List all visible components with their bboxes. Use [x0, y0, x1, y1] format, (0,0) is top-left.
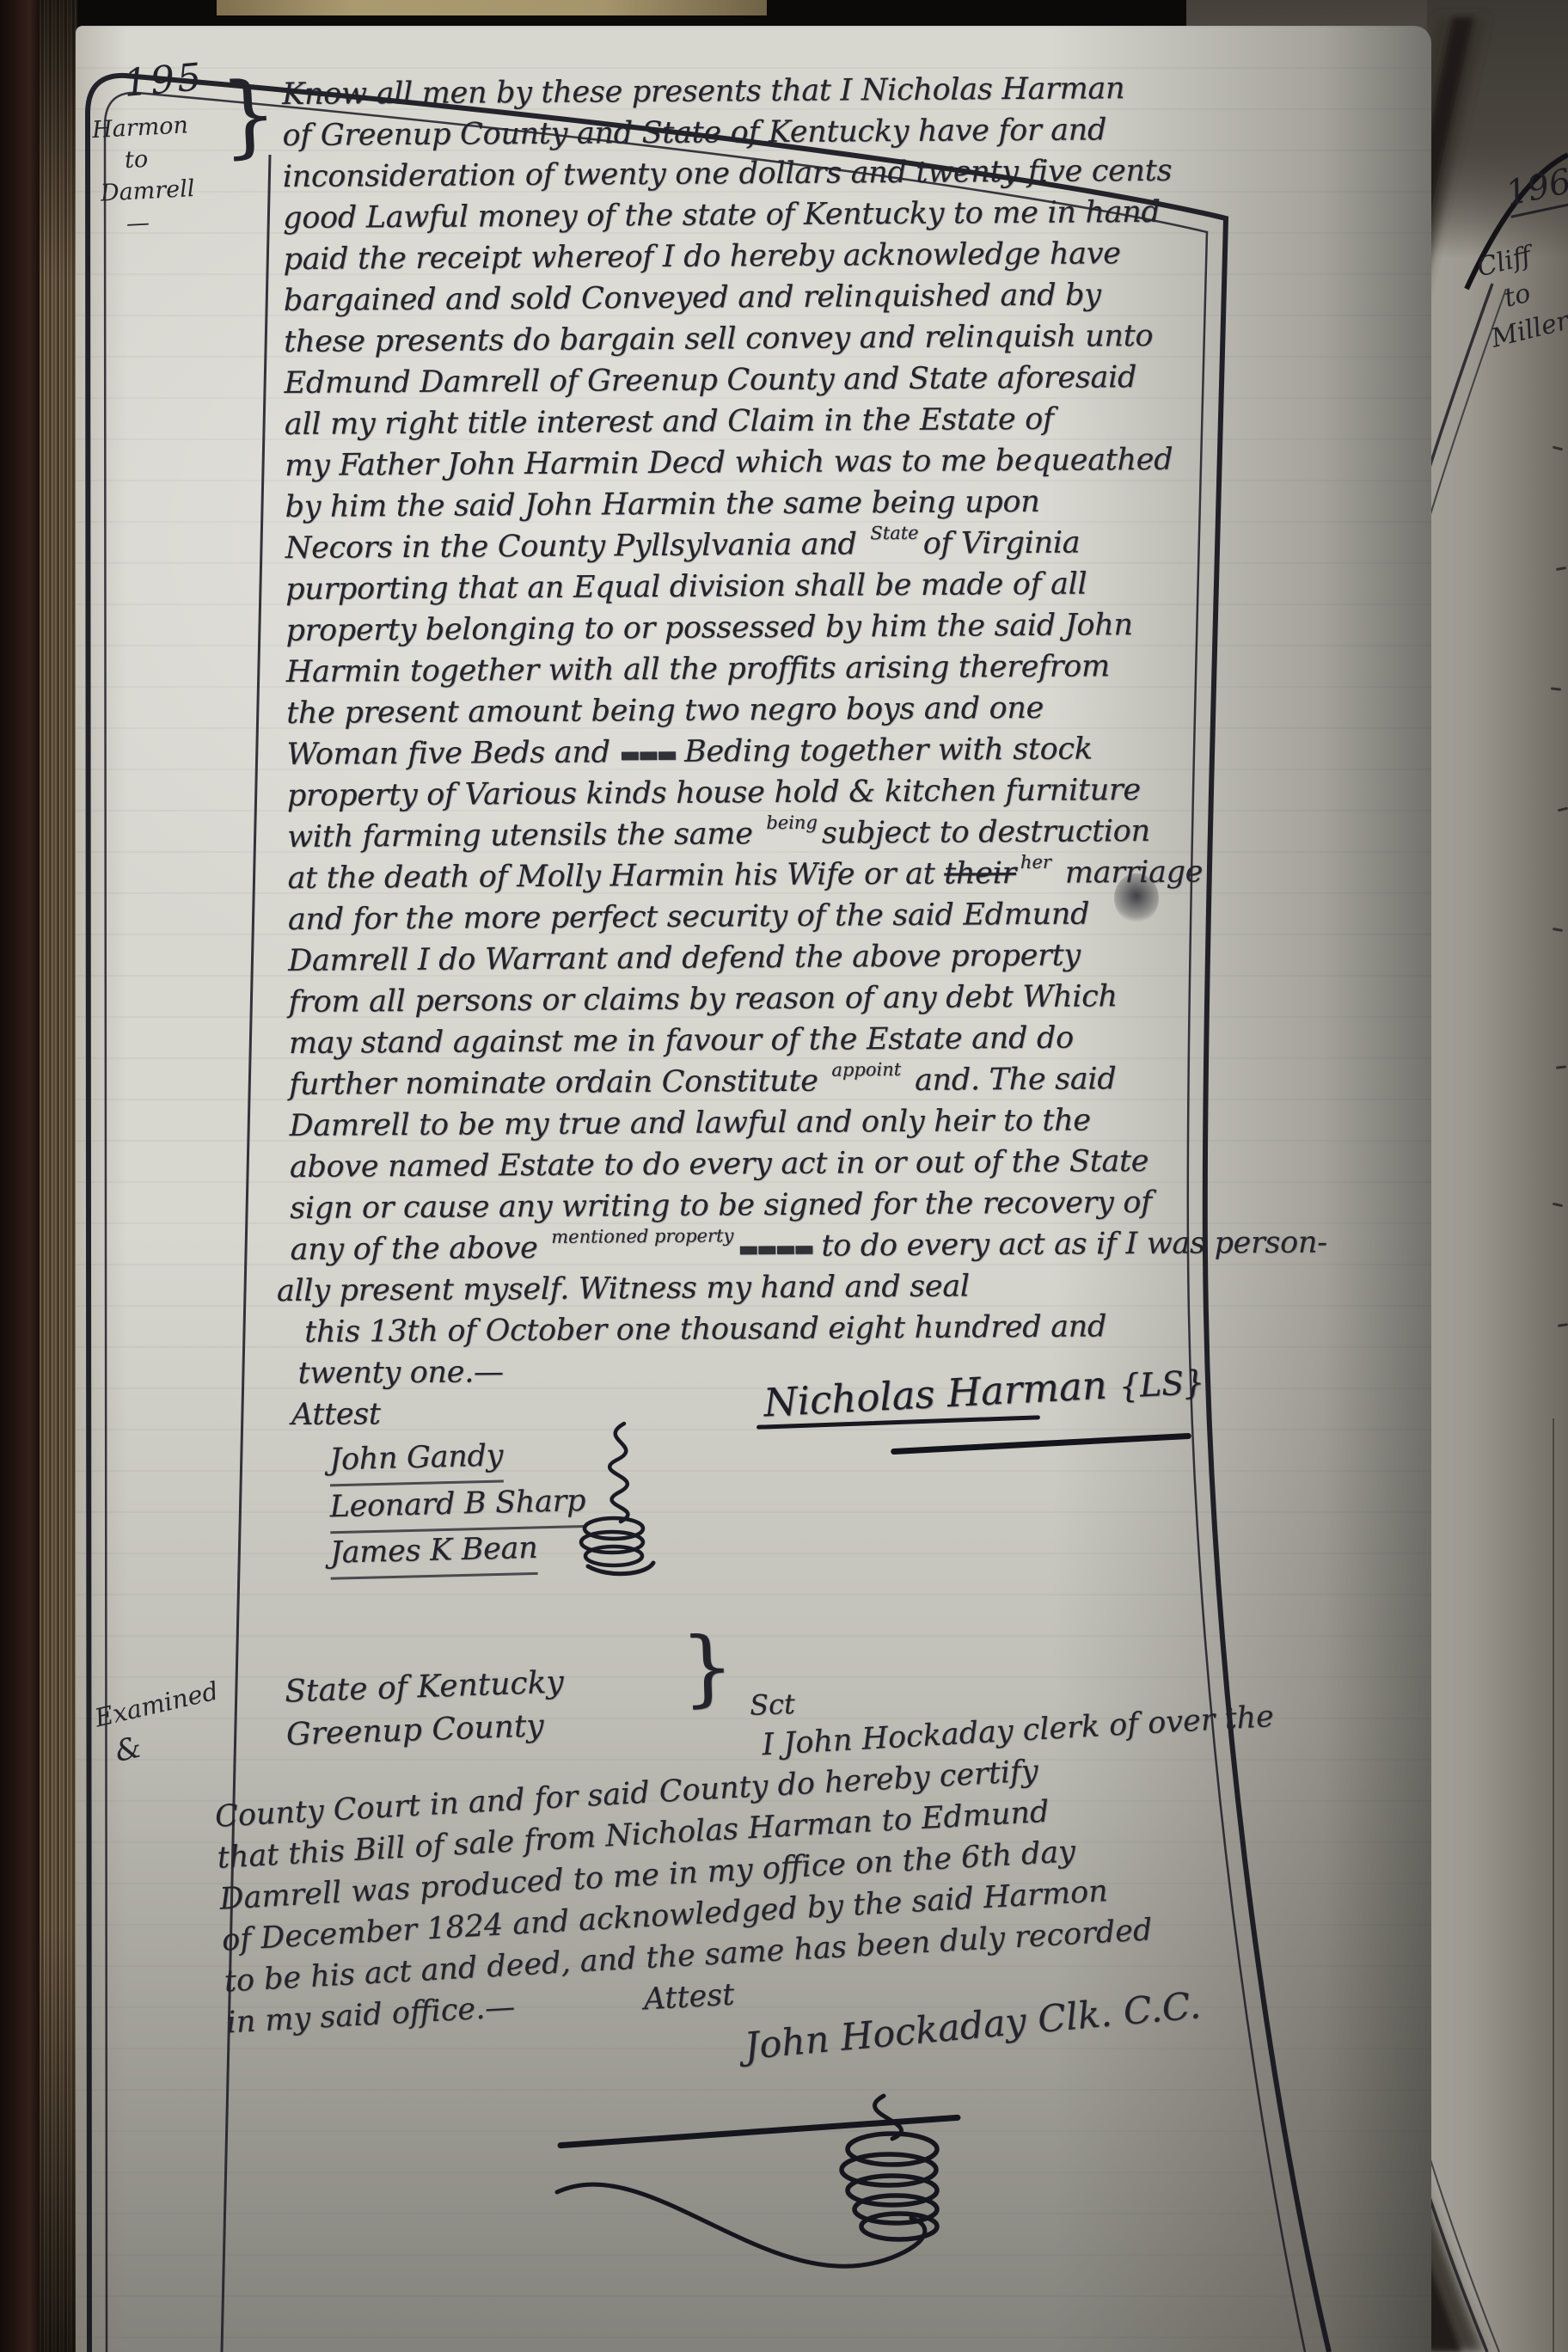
- interlineation: her: [1020, 852, 1051, 873]
- witness-name-text: John Gandy: [329, 1432, 504, 1486]
- seal-mark: {LS}: [1118, 1363, 1205, 1406]
- deed-line-segment: and. The said: [905, 1062, 1116, 1098]
- deed-line: Damrell I do Warrant and defend the abov…: [288, 934, 1311, 982]
- flourish-coil-clerk: [523, 2089, 1056, 2347]
- deed-line-segment: of Virginia: [922, 526, 1080, 561]
- flourish-coil-witnesses: [557, 1420, 660, 1583]
- deed-line: my Father John Harmin Decd which was to …: [285, 438, 1308, 487]
- deed-line-segment: Necors in the County Pyllsylvania and: [285, 527, 867, 566]
- deed-line: Know all men by these presents that I Ni…: [282, 67, 1305, 115]
- deed-line: bargained and sold Conveyed and relinqui…: [284, 273, 1307, 322]
- deed-line: the present amount being two negro boys …: [286, 686, 1309, 734]
- deed-line: good Lawful money of the state of Kentuc…: [283, 191, 1306, 239]
- deed-line-segment: further nominate ordain Constitute: [289, 1064, 828, 1102]
- deed-line: property of Various kinds house hold & k…: [287, 769, 1310, 817]
- deed-line: Harmin together with all the proffits ar…: [286, 645, 1309, 693]
- margin-note-party-from: Harmon: [91, 109, 192, 146]
- margin-note-connector: to: [124, 141, 193, 176]
- photograph-of-record-book: 196 Cliff to Miller 195 Harmon to Damrel…: [0, 0, 1568, 2352]
- attest-label: Attest: [643, 1978, 736, 2018]
- deed-line: by him the said John Harmin the same bei…: [285, 480, 1308, 528]
- deed-line: all my right title interest and Claim in…: [285, 397, 1308, 445]
- spacer: [516, 2009, 645, 2016]
- deed-line-segment: any of the above: [290, 1231, 547, 1267]
- adjacent-page-edge-line: [1553, 1418, 1554, 2352]
- witness-name: Leonard B Sharp: [329, 1475, 1314, 1528]
- deed-line: any of the above mentioned property▬▬▬▬ …: [290, 1222, 1313, 1271]
- deed-line: paid the receipt whereof I do hereby ack…: [283, 232, 1306, 280]
- interlineation: mentioned property: [551, 1225, 733, 1246]
- deed-line-segment: with farming utensils the same: [287, 817, 762, 854]
- certificate-sct-label: Sct: [749, 1682, 795, 1727]
- scribbled-out-word: ▬▬▬▬: [738, 1236, 812, 1263]
- deed-line: property belonging to or possessed by hi…: [285, 603, 1308, 652]
- deed-line-segment: subject to destruction: [822, 814, 1150, 851]
- deed-line: above named Estate to do every act in or…: [290, 1140, 1313, 1188]
- deed-line-segment: Beding together with stock: [675, 732, 1093, 769]
- interlineation: State: [870, 523, 918, 543]
- interlineation: being: [766, 812, 818, 833]
- deed-line-segment: at the death of Molly Harmin his Wife or…: [287, 857, 944, 896]
- deed-line-segment: marriage: [1056, 855, 1203, 891]
- interlineation: appoint: [831, 1059, 901, 1081]
- ledger-page-left: 195 Harmon to Damrell — } Know all men b…: [76, 26, 1431, 2352]
- margin-brace-icon: }: [220, 98, 279, 132]
- deed-line: these presents do bargain sell convey an…: [284, 315, 1307, 363]
- deed-line: this 13th of October one thousand eight …: [304, 1305, 1314, 1353]
- deed-line: from all persons or claims by reason of …: [288, 975, 1311, 1023]
- deed-text-block: Know all men by these presents that I Ni…: [282, 67, 1315, 1575]
- deed-line: at the death of Molly Harmin his Wife or…: [287, 851, 1310, 899]
- witness-name-text: James K Bean: [329, 1525, 538, 1580]
- witness-name-text: Leonard B Sharp: [329, 1478, 586, 1534]
- deed-line: Edmund Damrell of Greenup County and Sta…: [284, 356, 1307, 404]
- margin-note-party-to: Damrell: [100, 173, 195, 210]
- deed-line: further nominate ordain Constitute appoi…: [289, 1057, 1312, 1106]
- deed-line: purporting that an Equal division shall …: [285, 562, 1308, 610]
- deed-line: inconsideration of twenty one dollars an…: [283, 150, 1306, 198]
- deed-line: sign or cause any writing to be signed f…: [290, 1181, 1313, 1229]
- deed-line: with farming utensils the same beingsubj…: [287, 810, 1310, 858]
- witness-name: James K Bean: [330, 1522, 1315, 1575]
- deed-line: Necors in the County Pyllsylvania and St…: [285, 521, 1308, 569]
- deed-line: may stand against me in favour of the Es…: [289, 1016, 1312, 1064]
- margin-note-parties: Harmon to Damrell — }: [91, 109, 197, 242]
- deed-line: Damrell to be my true and lawful and onl…: [289, 1099, 1312, 1147]
- struck-out-word: their: [944, 856, 1016, 891]
- deed-line-segment: Woman five Beds and: [286, 735, 619, 772]
- scribbled-out-word: ▬▬▬: [619, 742, 675, 768]
- margin-note-dash: —: [126, 205, 197, 240]
- deed-line: and for the more perfect security of the…: [288, 892, 1311, 940]
- deed-line: Woman five Beds and ▬▬▬ Beding together …: [286, 727, 1309, 775]
- page-number-left: 195: [122, 55, 205, 106]
- certificate-text-block: I John Hockaday clerk of over the County…: [211, 1690, 1372, 2094]
- certificate-brace-icon: }: [681, 1645, 735, 1689]
- deed-line: of Greenup County and State of Kentucky …: [282, 108, 1305, 156]
- deed-line-segment: to do every act as if I was person-: [812, 1226, 1327, 1264]
- deed-line: ally present myself. Witness my hand and…: [277, 1264, 1314, 1312]
